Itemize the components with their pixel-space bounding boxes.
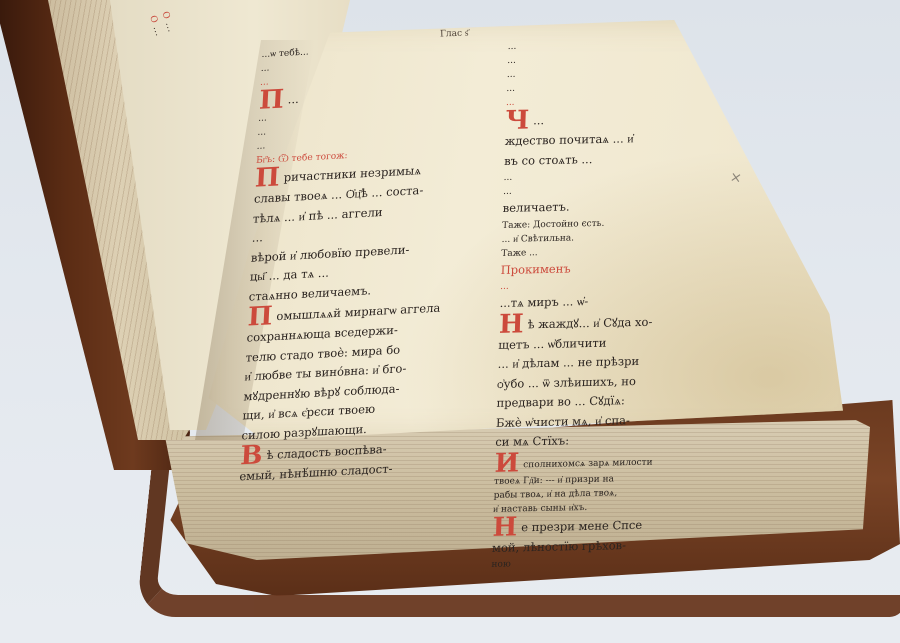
rubric-initial: И <box>494 452 519 475</box>
text-line: ... и҆ дѣлам ... не прѣзри <box>497 352 656 375</box>
rubric-initial: Н <box>492 516 517 539</box>
text-line: Исполнихомсѧ зарѧ милости <box>494 449 653 474</box>
text-line: Нѣ жаждꙋ... и҆ Сꙋда хо- <box>499 310 658 335</box>
rubric-initial: Н <box>499 313 524 336</box>
left-page-initial: О <box>160 10 172 21</box>
text-line: Не презри мене Спсе <box>492 513 651 538</box>
text-column-left: ...ѡ тебѣ.........П............Бг҃ъ: Ѿ т… <box>239 38 455 487</box>
left-page-text: О ... О ... <box>145 10 225 189</box>
rubric-initial: П <box>255 167 281 190</box>
rubric-initial: В <box>240 444 263 467</box>
rubric-initial: П <box>247 305 273 328</box>
left-page-initial: О <box>147 14 159 25</box>
rubric-initial: П <box>259 89 285 112</box>
rubric-initial: Ч <box>505 109 529 131</box>
text-column-right: ...............Ч...ждество почитаѧ ... и… <box>491 37 666 572</box>
photo-scene: О ... О ... Глас ѕ҃ × ...ѡ тебѣ.........… <box>0 0 900 643</box>
text-line: ѻ҆убо ... ѿ злѣишихъ, но <box>497 371 656 394</box>
